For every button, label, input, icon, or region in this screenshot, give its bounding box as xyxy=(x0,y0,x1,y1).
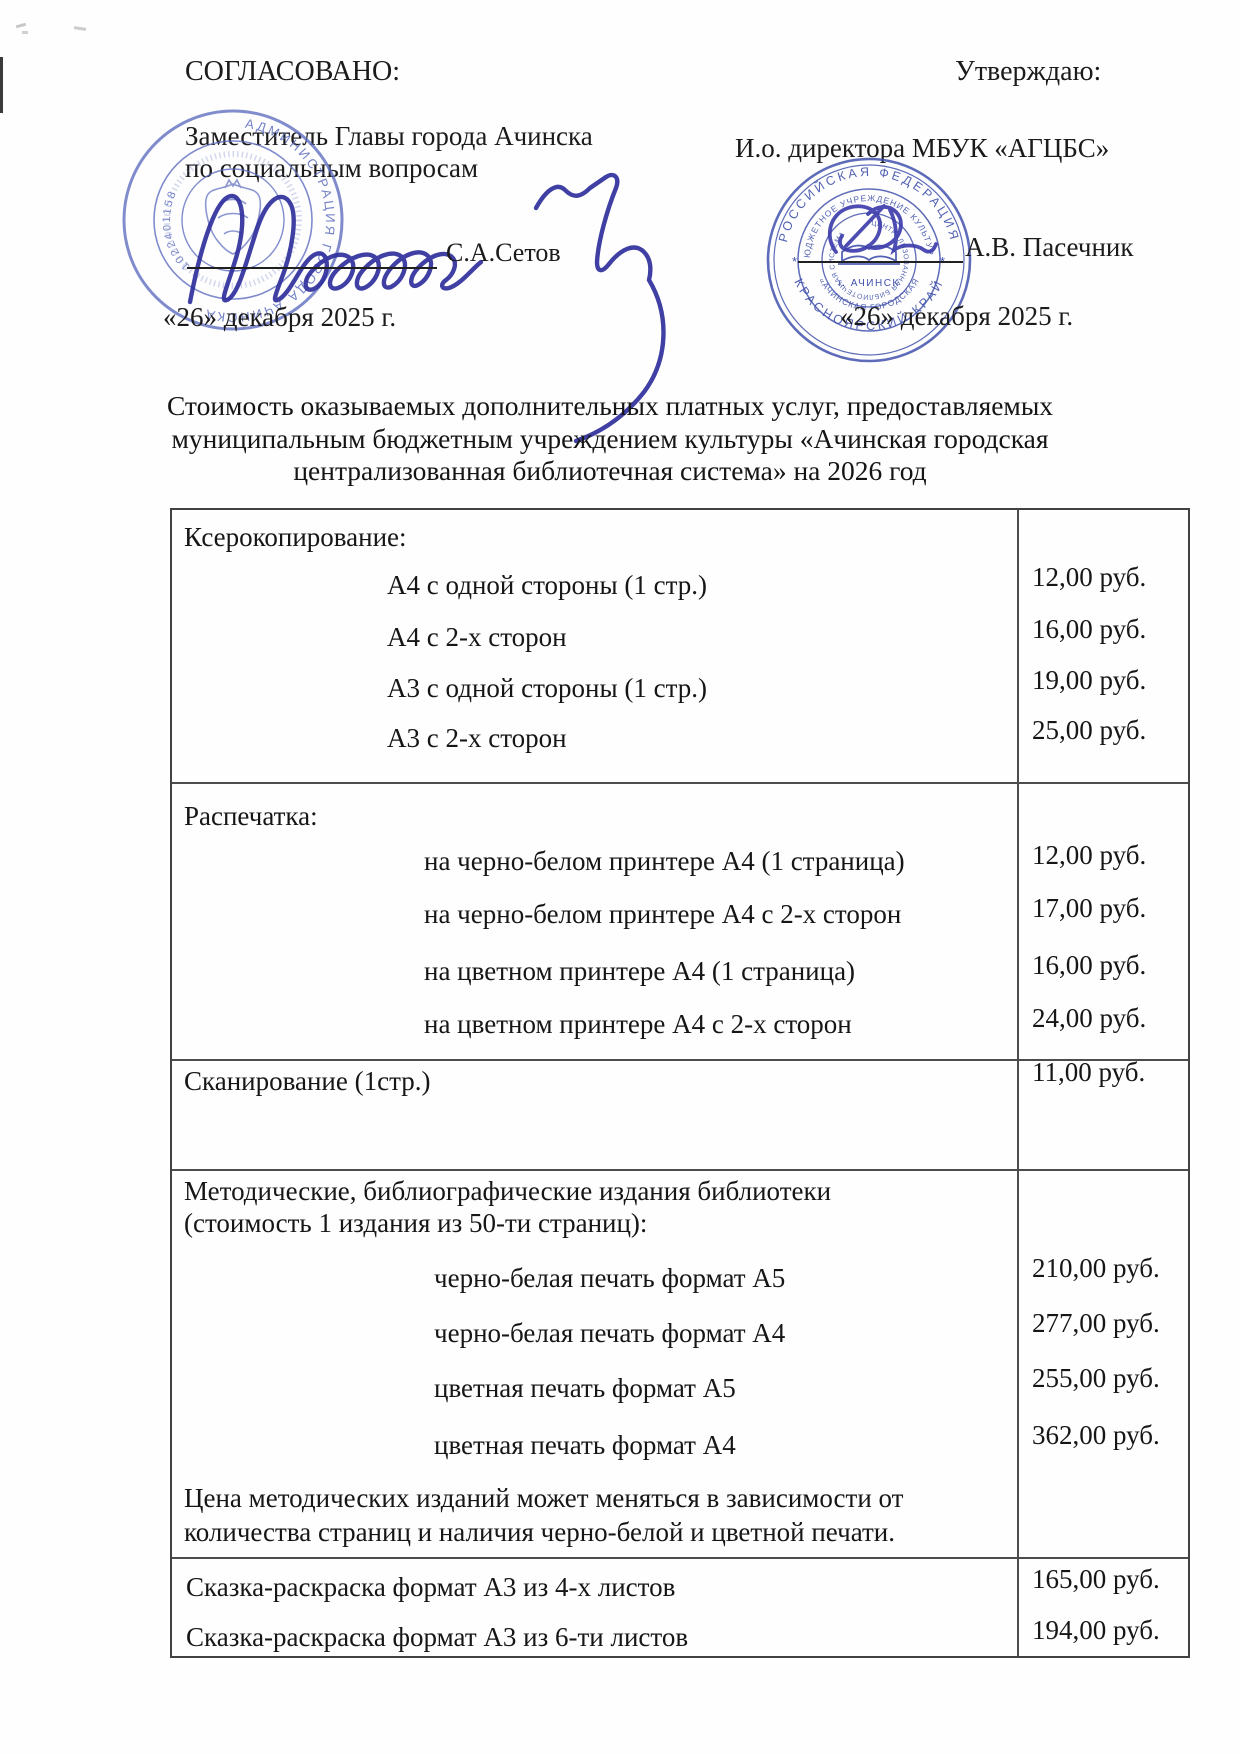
service-price: 17,00 руб. xyxy=(1032,893,1146,924)
section-header-scan: Сканирование (1стр.) xyxy=(184,1066,430,1097)
agreed-heading: СОГЛАСОВАНО: xyxy=(185,56,400,88)
approved-heading: Утверждаю: xyxy=(955,56,1101,88)
stamp-library-arc-federation: РОССИЙСКАЯ ФЕДЕРАЦИЯ xyxy=(776,165,962,244)
service-label: на черно-белом принтере А4 (1 страница) xyxy=(424,846,905,877)
service-price: 19,00 руб. xyxy=(1032,665,1146,696)
service-label: Сказка-раскраска формат А3 из 4-х листов xyxy=(186,1572,675,1603)
svg-text:1022401158: 1022401158 xyxy=(161,188,192,272)
title-line2: муниципальным бюджетным учреждением куль… xyxy=(140,423,1080,456)
service-label: А4 с одной стороны (1 стр.) xyxy=(387,570,707,601)
service-label: на цветном принтере А4 (1 страница) xyxy=(424,956,855,987)
date-right: «26» декабря 2025 г. xyxy=(840,301,1073,332)
service-label: цветная печать формат А4 xyxy=(434,1430,736,1461)
service-label: цветная печать формат А5 xyxy=(434,1373,736,1404)
methodical-note-line1: Цена методических изданий может меняться… xyxy=(184,1483,903,1514)
service-price: 255,00 руб. xyxy=(1032,1363,1160,1394)
pencil-mark xyxy=(74,26,86,31)
service-price: 16,00 руб. xyxy=(1032,614,1146,645)
stamp-library-center-city: г. АЧИНСК xyxy=(838,278,900,289)
date-left: «26» декабря 2025 г. xyxy=(163,302,396,333)
service-label: на черно-белом принтере А4 с 2-х сторон xyxy=(424,899,901,930)
service-price: 12,00 руб. xyxy=(1032,840,1146,871)
table-row-divider xyxy=(172,1557,1188,1559)
agreed-role-line2: по социальным вопросам xyxy=(185,153,478,184)
service-price: 362,00 руб. xyxy=(1032,1420,1160,1451)
service-price: 25,00 руб. xyxy=(1032,715,1146,746)
pencil-mark xyxy=(16,23,26,28)
service-price: 210,00 руб. xyxy=(1032,1253,1160,1284)
agreed-role-line1: Заместитель Главы города Ачинска xyxy=(185,121,593,152)
signature-right xyxy=(830,206,936,252)
service-price: 12,00 руб. xyxy=(1032,562,1146,593)
document-title: Стоимость оказываемых дополнительных пла… xyxy=(140,390,1080,488)
service-label: Сказка-раскраска формат А3 из 6-ти листо… xyxy=(186,1622,688,1653)
signature-line-right xyxy=(798,261,963,263)
section-header-print: Распечатка: xyxy=(184,801,318,832)
service-label: А4 с 2-х сторон xyxy=(387,622,567,653)
methodical-note-line2: количества страниц и наличия черно-белой… xyxy=(184,1517,895,1548)
service-price: 24,00 руб. xyxy=(1032,1003,1146,1034)
service-price: 194,00 руб. xyxy=(1032,1615,1160,1646)
title-line3: централизованная библиотечная система» н… xyxy=(140,455,1080,488)
service-price: 277,00 руб. xyxy=(1032,1308,1160,1339)
stamp-star-left: * xyxy=(792,254,797,269)
coat-of-arms xyxy=(206,180,261,254)
service-label: на цветном принтере А4 с 2-х сторон xyxy=(424,1009,852,1040)
scanned-document-page: СОГЛАСОВАНО: Утверждаю: Заместитель Глав… xyxy=(0,0,1240,1754)
service-label: черно-белая печать формат А4 xyxy=(434,1318,785,1349)
section-header-xerox: Ксерокопирование: xyxy=(184,522,407,553)
service-label: черно-белая печать формат А5 xyxy=(434,1263,785,1294)
service-price: 165,00 руб. xyxy=(1032,1564,1160,1595)
section-header-methodical-line1: Методические, библиографические издания … xyxy=(184,1176,831,1207)
svg-text:БЮДЖЕТНОЕ УЧРЕЖДЕНИЕ КУЛЬТУРЫ: БЮДЖЕТНОЕ УЧРЕЖДЕНИЕ КУЛЬТУРЫ xyxy=(742,148,936,258)
price-table: Ксерокопирование: А4 с одной стороны (1 … xyxy=(170,508,1190,1658)
table-row-divider xyxy=(172,782,1188,784)
scan-edge-artifact xyxy=(0,57,3,113)
service-label: А3 с одной стороны (1 стр.) xyxy=(387,673,707,704)
svg-text:РОССИЙСКАЯ ФЕДЕРАЦИЯ: РОССИЙСКАЯ ФЕДЕРАЦИЯ xyxy=(776,165,962,244)
stamp-library: РОССИЙСКАЯ ФЕДЕРАЦИЯ КРАСНОЯРСКИЙ КРАЙ Б… xyxy=(742,148,992,383)
pencil-mark xyxy=(22,31,28,34)
stamp-library-arc-institution: БЮДЖЕТНОЕ УЧРЕЖДЕНИЕ КУЛЬТУРЫ xyxy=(742,148,936,258)
signer-name-left: С.А.Сетов xyxy=(446,238,561,268)
approved-role-line1: И.о. директора МБУК «АГЦБС» xyxy=(735,133,1109,164)
section-header-methodical-line2: (стоимость 1 издания из 50-ти страниц): xyxy=(184,1208,647,1239)
service-price: 16,00 руб. xyxy=(1032,950,1146,981)
signature-line-left xyxy=(187,267,437,269)
title-line1: Стоимость оказываемых дополнительных пла… xyxy=(140,390,1080,423)
stamp-administration-digits: 1022401158 xyxy=(161,188,192,272)
table-row-divider xyxy=(172,1169,1188,1171)
signer-name-right: А.В. Пасечник xyxy=(965,232,1133,263)
service-label: А3 с 2-х сторон xyxy=(387,723,567,754)
service-price: 11,00 руб. xyxy=(1032,1057,1145,1088)
table-column-divider xyxy=(1017,510,1019,1656)
